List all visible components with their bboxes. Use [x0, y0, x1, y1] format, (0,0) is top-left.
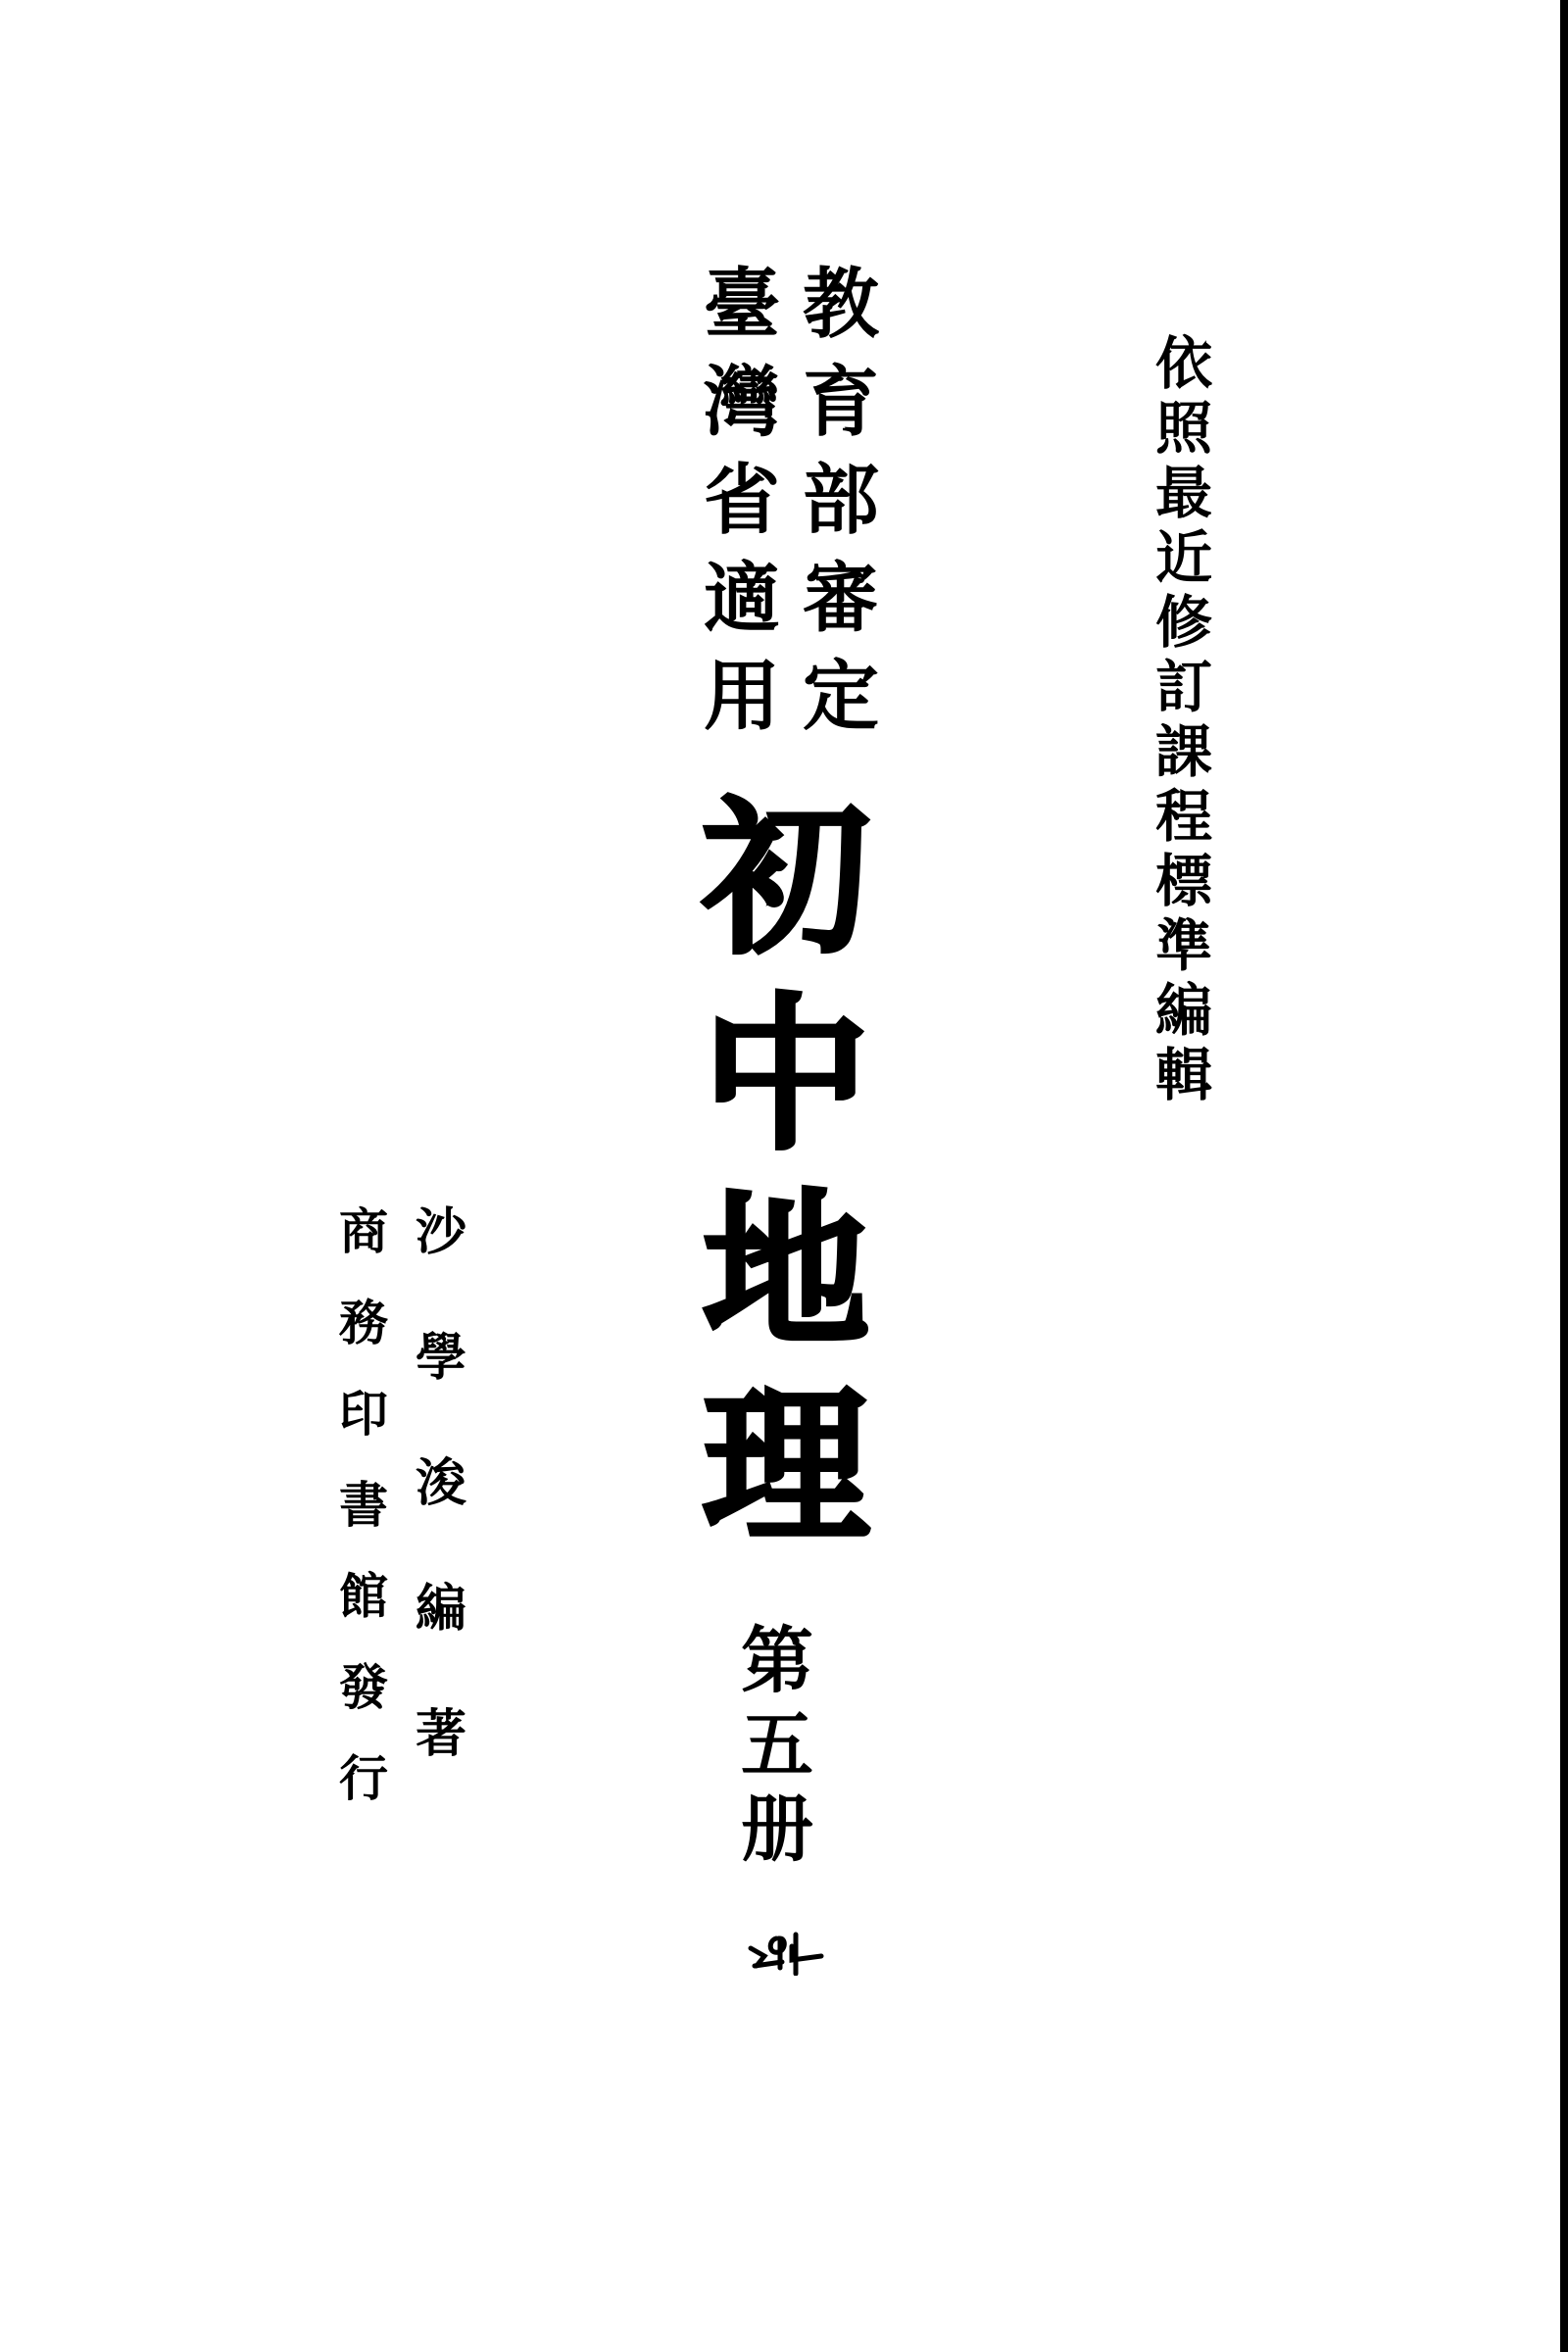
curriculum-note: 依 照 最 近 修 訂 課 程 標 準 編 輯 [1145, 335, 1223, 1111]
curriculum-char: 輯 [1155, 1047, 1212, 1111]
title-page: 依 照 最 近 修 訂 課 程 標 準 編 輯 教 育 部 審 定 臺 灣 省 … [0, 0, 1568, 2352]
curriculum-char: 程 [1155, 788, 1212, 853]
province-char: 用 [704, 659, 780, 757]
curriculum-char: 照 [1155, 400, 1212, 465]
curriculum-char: 近 [1155, 529, 1212, 594]
curriculum-char: 標 [1155, 853, 1212, 917]
province-char: 省 [704, 463, 780, 561]
approval-char: 定 [803, 659, 879, 757]
publisher-char: 發 [339, 1663, 388, 1754]
author-line: 沙 學 浚 編 著 [402, 1207, 480, 1835]
province-char: 臺 [704, 267, 780, 365]
page-edge-bar [1560, 0, 1568, 2352]
curriculum-char: 訂 [1155, 659, 1212, 723]
title-char: 初 [703, 796, 869, 992]
province-line: 臺 灣 省 適 用 [698, 267, 786, 757]
volume-char: 五 [741, 1709, 813, 1793]
handwritten-scribble-icon [747, 1927, 835, 1976]
author-char: 浚 [416, 1458, 466, 1584]
approval-char: 審 [803, 561, 879, 659]
curriculum-char: 準 [1155, 917, 1212, 982]
author-char: 學 [416, 1333, 466, 1458]
author-char: 編 [416, 1584, 466, 1709]
approval-line: 教 育 部 審 定 [792, 267, 890, 757]
publisher-char: 行 [339, 1754, 388, 1845]
approval-char: 教 [803, 267, 879, 365]
curriculum-char: 課 [1155, 723, 1212, 788]
curriculum-char: 最 [1155, 465, 1212, 529]
author-char: 著 [416, 1709, 466, 1835]
author-char: 沙 [416, 1207, 466, 1333]
publisher-line: 商 務 印 書 館 發 行 [329, 1207, 398, 1845]
approval-char: 部 [803, 463, 879, 561]
publisher-char: 印 [339, 1390, 388, 1481]
publisher-char: 務 [339, 1298, 388, 1390]
title-char: 地 [703, 1188, 869, 1384]
approval-char: 育 [803, 365, 879, 463]
volume-char: 第 [741, 1625, 813, 1709]
province-char: 適 [704, 561, 780, 659]
volume-label: 第 五 册 [733, 1625, 821, 1878]
province-char: 灣 [704, 365, 780, 463]
title-char: 中 [703, 992, 869, 1188]
publisher-char: 商 [339, 1207, 388, 1298]
curriculum-char: 依 [1155, 335, 1212, 400]
publisher-char: 書 [339, 1481, 388, 1572]
handwritten-annotation [747, 1927, 835, 1976]
curriculum-char: 編 [1155, 982, 1212, 1047]
book-title: 初 中 地 理 [688, 796, 884, 1580]
volume-char: 册 [741, 1793, 813, 1878]
title-char: 理 [703, 1384, 869, 1580]
curriculum-char: 修 [1155, 594, 1212, 659]
publisher-char: 館 [339, 1572, 388, 1663]
